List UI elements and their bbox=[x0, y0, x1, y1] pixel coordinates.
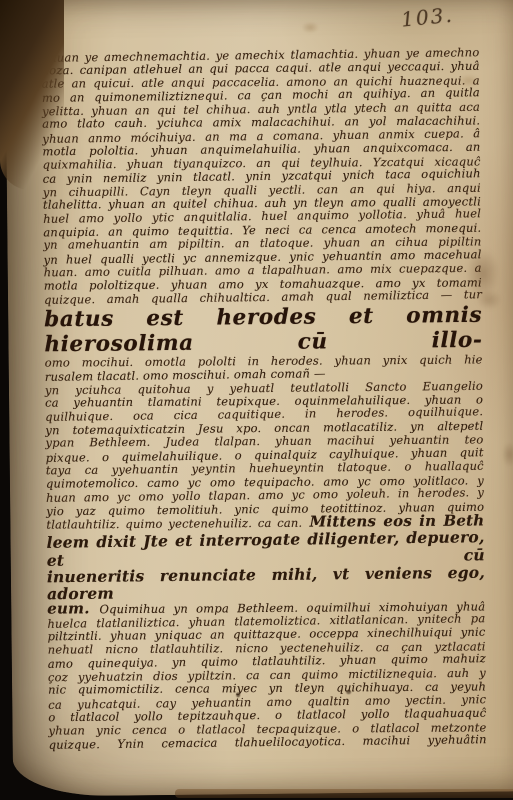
line-text: leem dixit Jte et interrogate diligenter… bbox=[46, 527, 484, 569]
line-text: batus est herodes et omnis hierosolima c… bbox=[44, 302, 482, 357]
text-block: Yhuan ye amechnemachtia. ye amechix tlam… bbox=[41, 47, 486, 752]
book-page-edges bbox=[175, 789, 513, 798]
folio-number: 103. bbox=[400, 1, 472, 32]
manuscript-line: inueneritis renunciate mihi, vt veniens … bbox=[47, 563, 485, 603]
manuscript-line: leem dixit Jte et interrogate diligenter… bbox=[46, 528, 484, 569]
manuscript-page: 103. Yhuan ye amechnemachtia. ye amechix… bbox=[5, 0, 513, 797]
foxing-spot bbox=[301, 21, 319, 33]
manuscript-photo: 103. Yhuan ye amechnemachtia. ye amechix… bbox=[0, 0, 513, 800]
binding-gutter bbox=[0, 0, 64, 190]
manuscript-line: batus est herodes et omnis hierosolima c… bbox=[44, 302, 482, 357]
manuscript-line: quizque. Ynin cemacica tlahuelilocayotic… bbox=[49, 733, 487, 752]
latin-phrase: eum. bbox=[47, 599, 99, 617]
bleed-through-stain bbox=[502, 441, 513, 467]
